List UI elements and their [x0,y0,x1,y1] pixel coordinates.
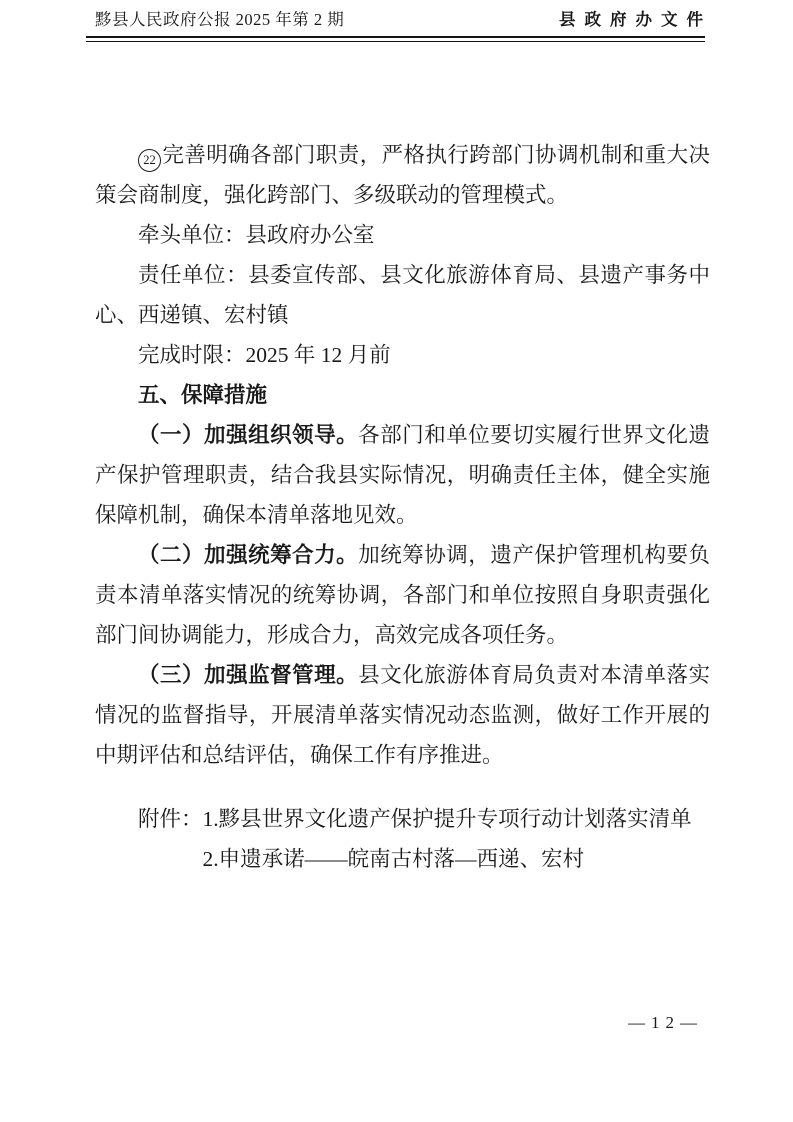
measure-1-lead: （一）加强组织领导。 [138,423,358,447]
responsible-unit-line: 责任单位：县委宣传部、县文化旅游体育局、县遗产事务中心、西递镇、宏村镇 [95,255,710,335]
deadline-line: 完成时限：2025 年 12 月前 [95,335,710,375]
attachments-block: 附件： 1.黟县世界文化遗产保护提升专项行动计划落实清单 2.申遗承诺——皖南古… [95,799,710,879]
document-category-label: 县政府办文件 [559,7,712,33]
paragraph-item-22: 22完善明确各部门职责，严格执行跨部门协调机制和重大决策会商制度，强化跨部门、多… [95,135,710,215]
gazette-page: 黟县人民政府公报 2025 年第 2 期 县政府办文件 22完善明确各部门职责，… [0,0,793,1122]
attachment-item-1: 1.黟县世界文化遗产保护提升专项行动计划落实清单 [203,799,692,839]
attachments-list: 1.黟县世界文化遗产保护提升专项行动计划落实清单 2.申遗承诺——皖南古村落—西… [203,799,692,879]
paragraph-item-22-text: 完善明确各部门职责，严格执行跨部门协调机制和重大决策会商制度，强化跨部门、多级联… [95,143,710,207]
page-number: —12— [628,1013,703,1033]
measure-paragraph-3: （三）加强监督管理。县文化旅游体育局负责对本清单落实情况的监督指导，开展清单落实… [95,655,710,775]
circled-22-marker: 22 [138,149,161,172]
lead-unit-line: 牵头单位：县政府办公室 [95,215,710,255]
measure-2-lead: （二）加强统筹合力。 [138,543,358,567]
document-body: 22完善明确各部门职责，严格执行跨部门协调机制和重大决策会商制度，强化跨部门、多… [95,43,710,879]
measure-paragraph-2: （二）加强统筹合力。加统筹协调，遗产保护管理机构要负责本清单落实情况的统筹协调，… [95,535,710,655]
measure-3-lead: （三）加强监督管理。 [138,663,358,687]
attachments-label: 附件： [138,799,203,839]
page-header: 黟县人民政府公报 2025 年第 2 期 县政府办文件 [95,7,703,33]
header-divider [86,36,705,42]
measure-paragraph-1: （一）加强组织领导。各部门和单位要切实履行世界文化遗产保护管理职责，结合我县实际… [95,415,710,535]
attachment-item-2: 2.申遗承诺——皖南古村落—西递、宏村 [203,839,692,879]
section-heading-safeguards: 五、保障措施 [95,375,710,415]
gazette-issue-title: 黟县人民政府公报 2025 年第 2 期 [95,7,344,33]
